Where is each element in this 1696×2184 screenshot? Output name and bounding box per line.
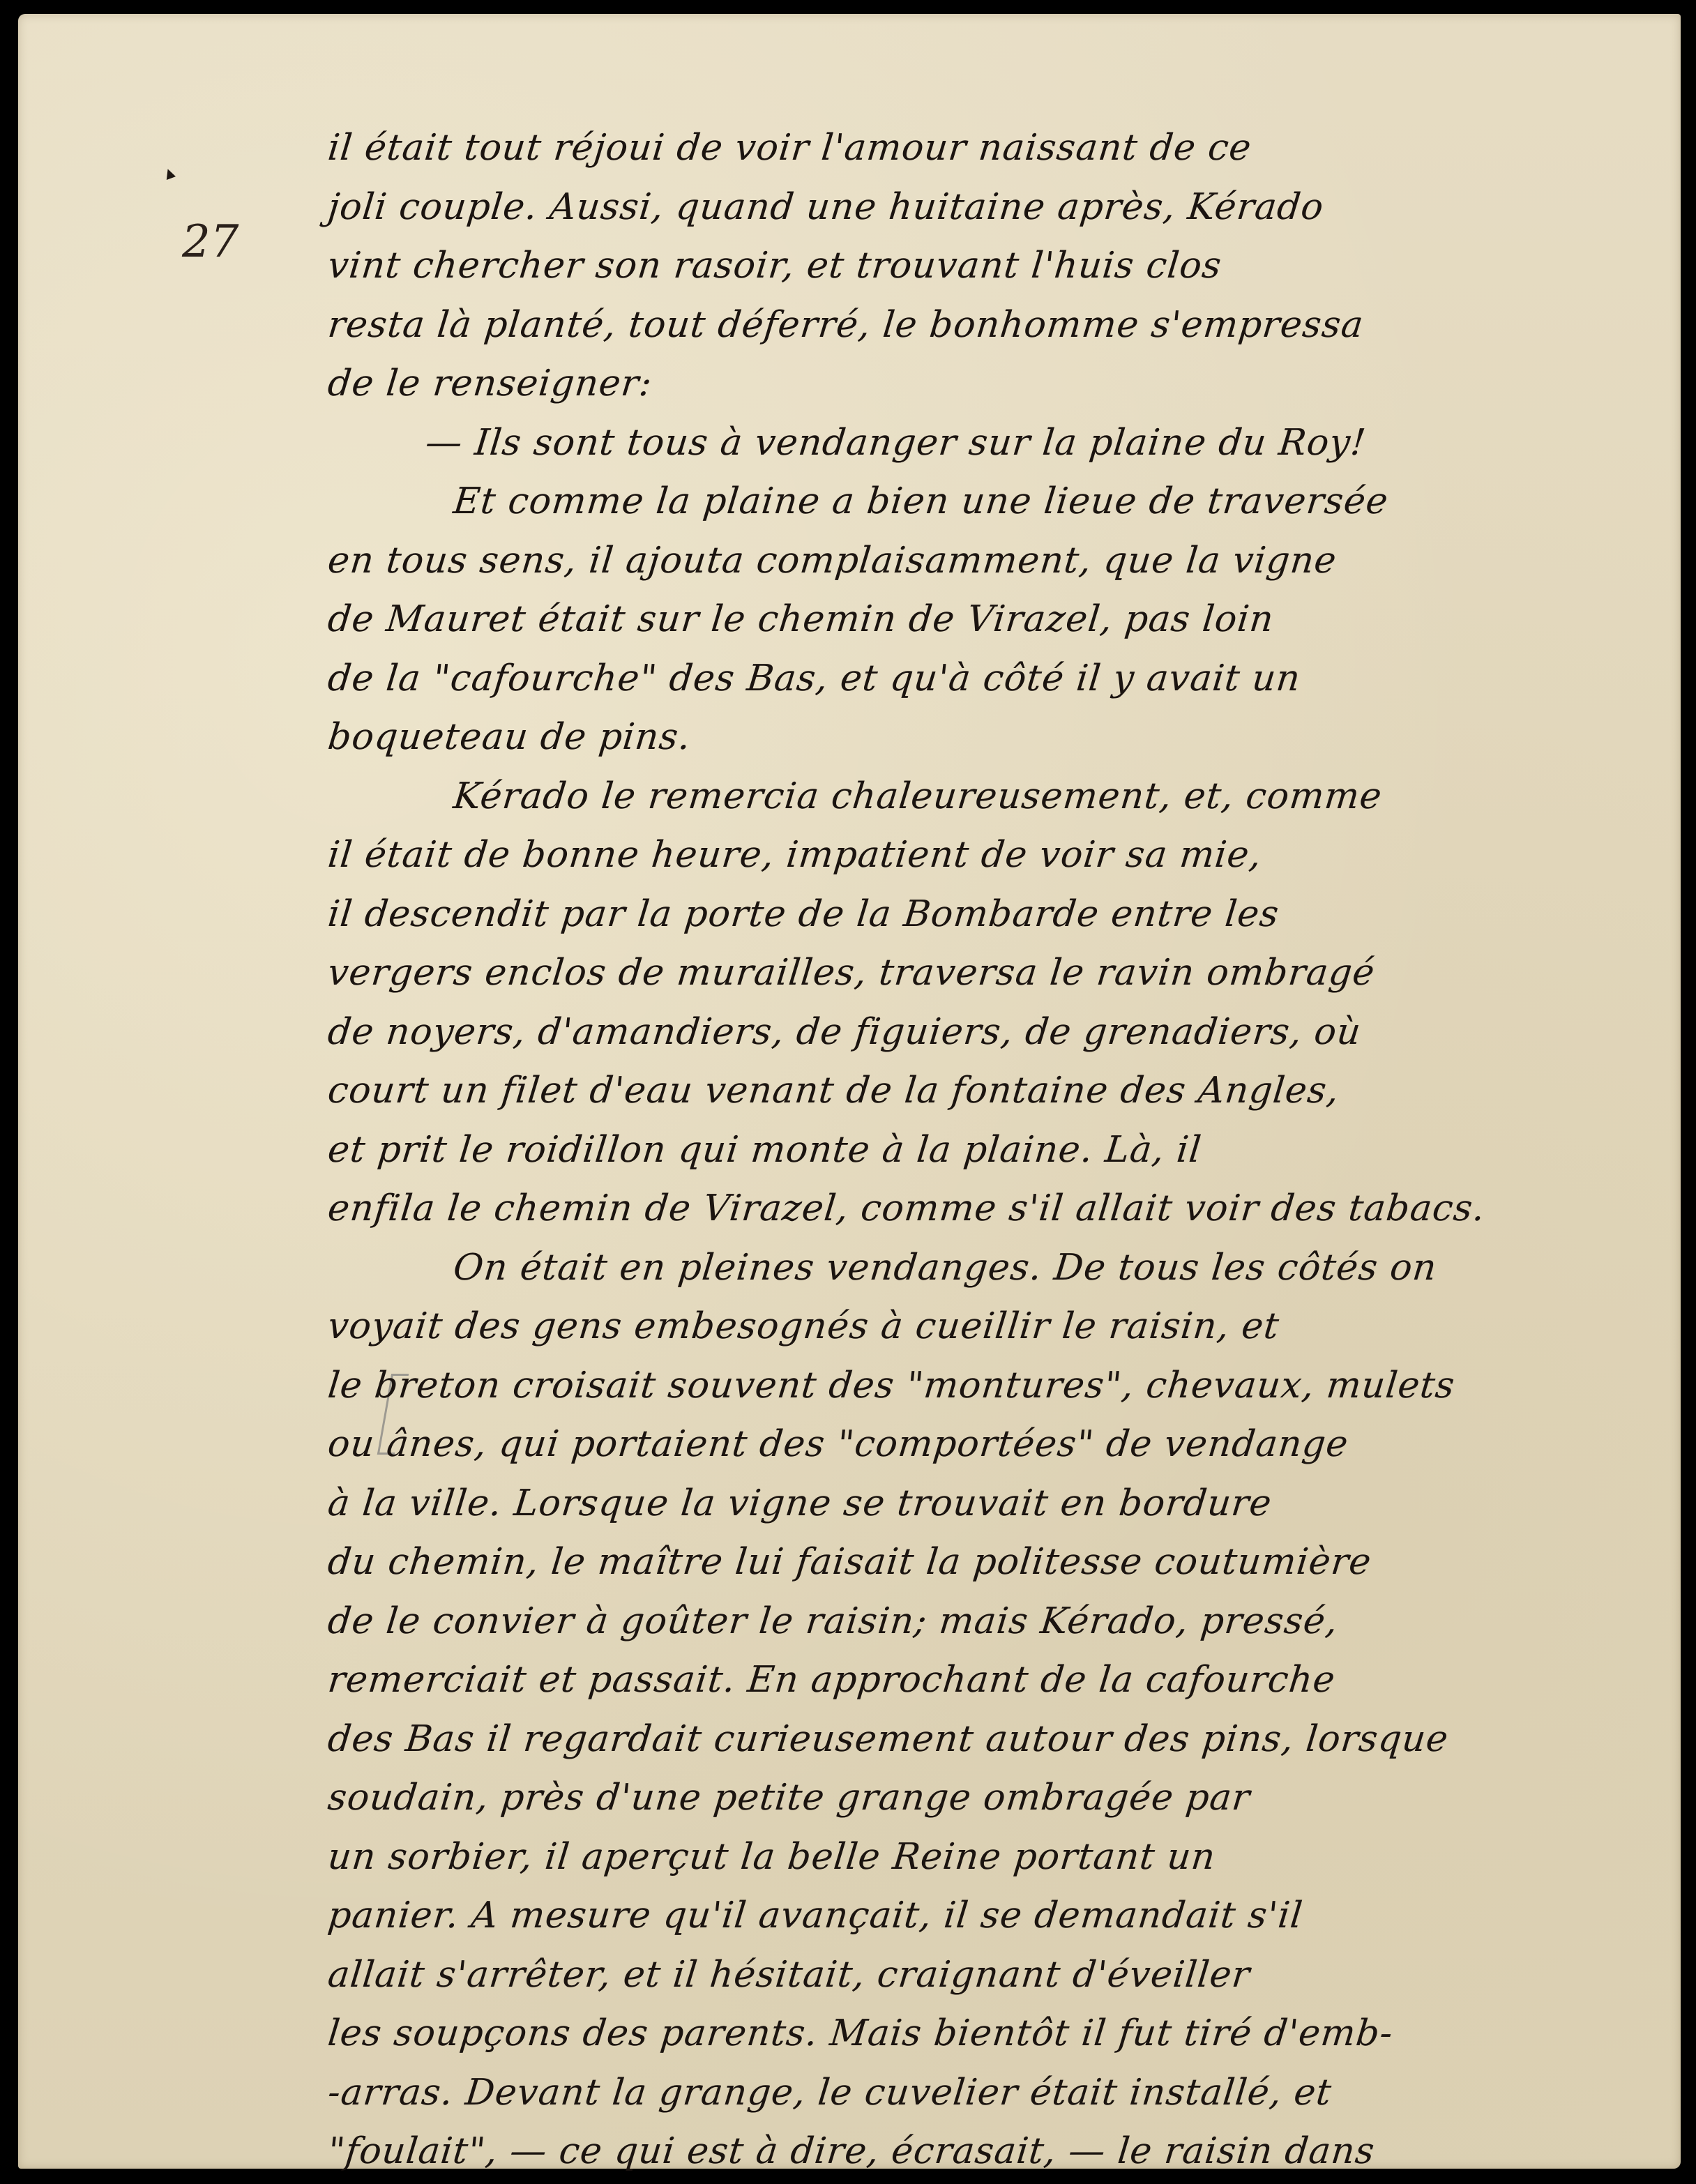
text-line: joli couple. Aussi, quand une huitaine a… xyxy=(325,178,1691,237)
text-line: il descendit par la porte de la Bombarde… xyxy=(325,885,1691,944)
text-line: de la "cafourche" des Bas, et qu'à côté … xyxy=(325,649,1691,708)
text-line: enfila le chemin de Virazel, comme s'il … xyxy=(325,1179,1691,1238)
text-line: un sorbier, il aperçut la belle Reine po… xyxy=(325,1828,1691,1887)
text-line: de noyers, d'amandiers, de figuiers, de … xyxy=(325,1003,1691,1062)
text-line: de Mauret était sur le chemin de Virazel… xyxy=(325,590,1691,649)
text-line: panier. A mesure qu'il avançait, il se d… xyxy=(325,1886,1691,1946)
text-line: ou ânes, qui portaient des "comportées" … xyxy=(325,1415,1691,1474)
page-number: 27 xyxy=(182,216,238,268)
text-line: il était de bonne heure, impatient de vo… xyxy=(325,826,1691,885)
text-line: à la ville. Lorsque la vigne se trouvait… xyxy=(325,1474,1691,1533)
manuscript-page: 27 il était tout réjoui de voir l'amour … xyxy=(18,14,1681,2169)
text-line: vint chercher son rasoir, et trouvant l'… xyxy=(325,236,1691,296)
text-line: des Bas il regardait curieusement autour… xyxy=(325,1710,1691,1769)
text-line: boqueteau de pins. xyxy=(325,708,1691,767)
text-line: remerciait et passait. En approchant de … xyxy=(325,1651,1691,1710)
text-line: soudain, près d'une petite grange ombrag… xyxy=(325,1768,1691,1828)
paragraph-start-line: Et comme la plaine a bien une lieue de t… xyxy=(325,472,1691,531)
handwritten-text-body: il était tout réjoui de voir l'amour nai… xyxy=(325,119,1685,2181)
text-line: allait s'arrêter, et il hésitait, craign… xyxy=(325,1946,1691,2005)
text-line: de le convier à goûter le raisin; mais K… xyxy=(325,1592,1691,1651)
text-line: resta là planté, tout déferré, le bonhom… xyxy=(325,296,1691,355)
text-line: "foulait", — ce qui est à dire, écrasait… xyxy=(325,2122,1691,2181)
text-line: et prit le roidillon qui monte à la plai… xyxy=(325,1121,1691,1180)
text-line: en tous sens, il ajouta complaisamment, … xyxy=(325,531,1691,591)
text-line: du chemin, le maître lui faisait la poli… xyxy=(325,1533,1691,1592)
text-line: il était tout réjoui de voir l'amour nai… xyxy=(325,119,1691,178)
text-line: voyait des gens embesognés à cueillir le… xyxy=(325,1297,1691,1356)
text-line: court un filet d'eau venant de la fontai… xyxy=(325,1061,1691,1121)
text-line: -arras. Devant la grange, le cuvelier ét… xyxy=(325,2063,1691,2123)
text-line: vergers enclos de murailles, traversa le… xyxy=(325,943,1691,1003)
text-line: de le renseigner: xyxy=(325,354,1691,414)
ink-spot-mark xyxy=(163,167,176,180)
text-line: le breton croisait souvent des "montures… xyxy=(325,1356,1691,1416)
paragraph-start-line: On était en pleines vendanges. De tous l… xyxy=(325,1238,1691,1298)
text-line: les soupçons des parents. Mais bientôt i… xyxy=(325,2004,1691,2063)
paragraph-start-line: Kérado le remercia chaleureusement, et, … xyxy=(325,767,1691,826)
dialogue-line: — Ils sont tous à vendanger sur la plain… xyxy=(325,414,1691,473)
